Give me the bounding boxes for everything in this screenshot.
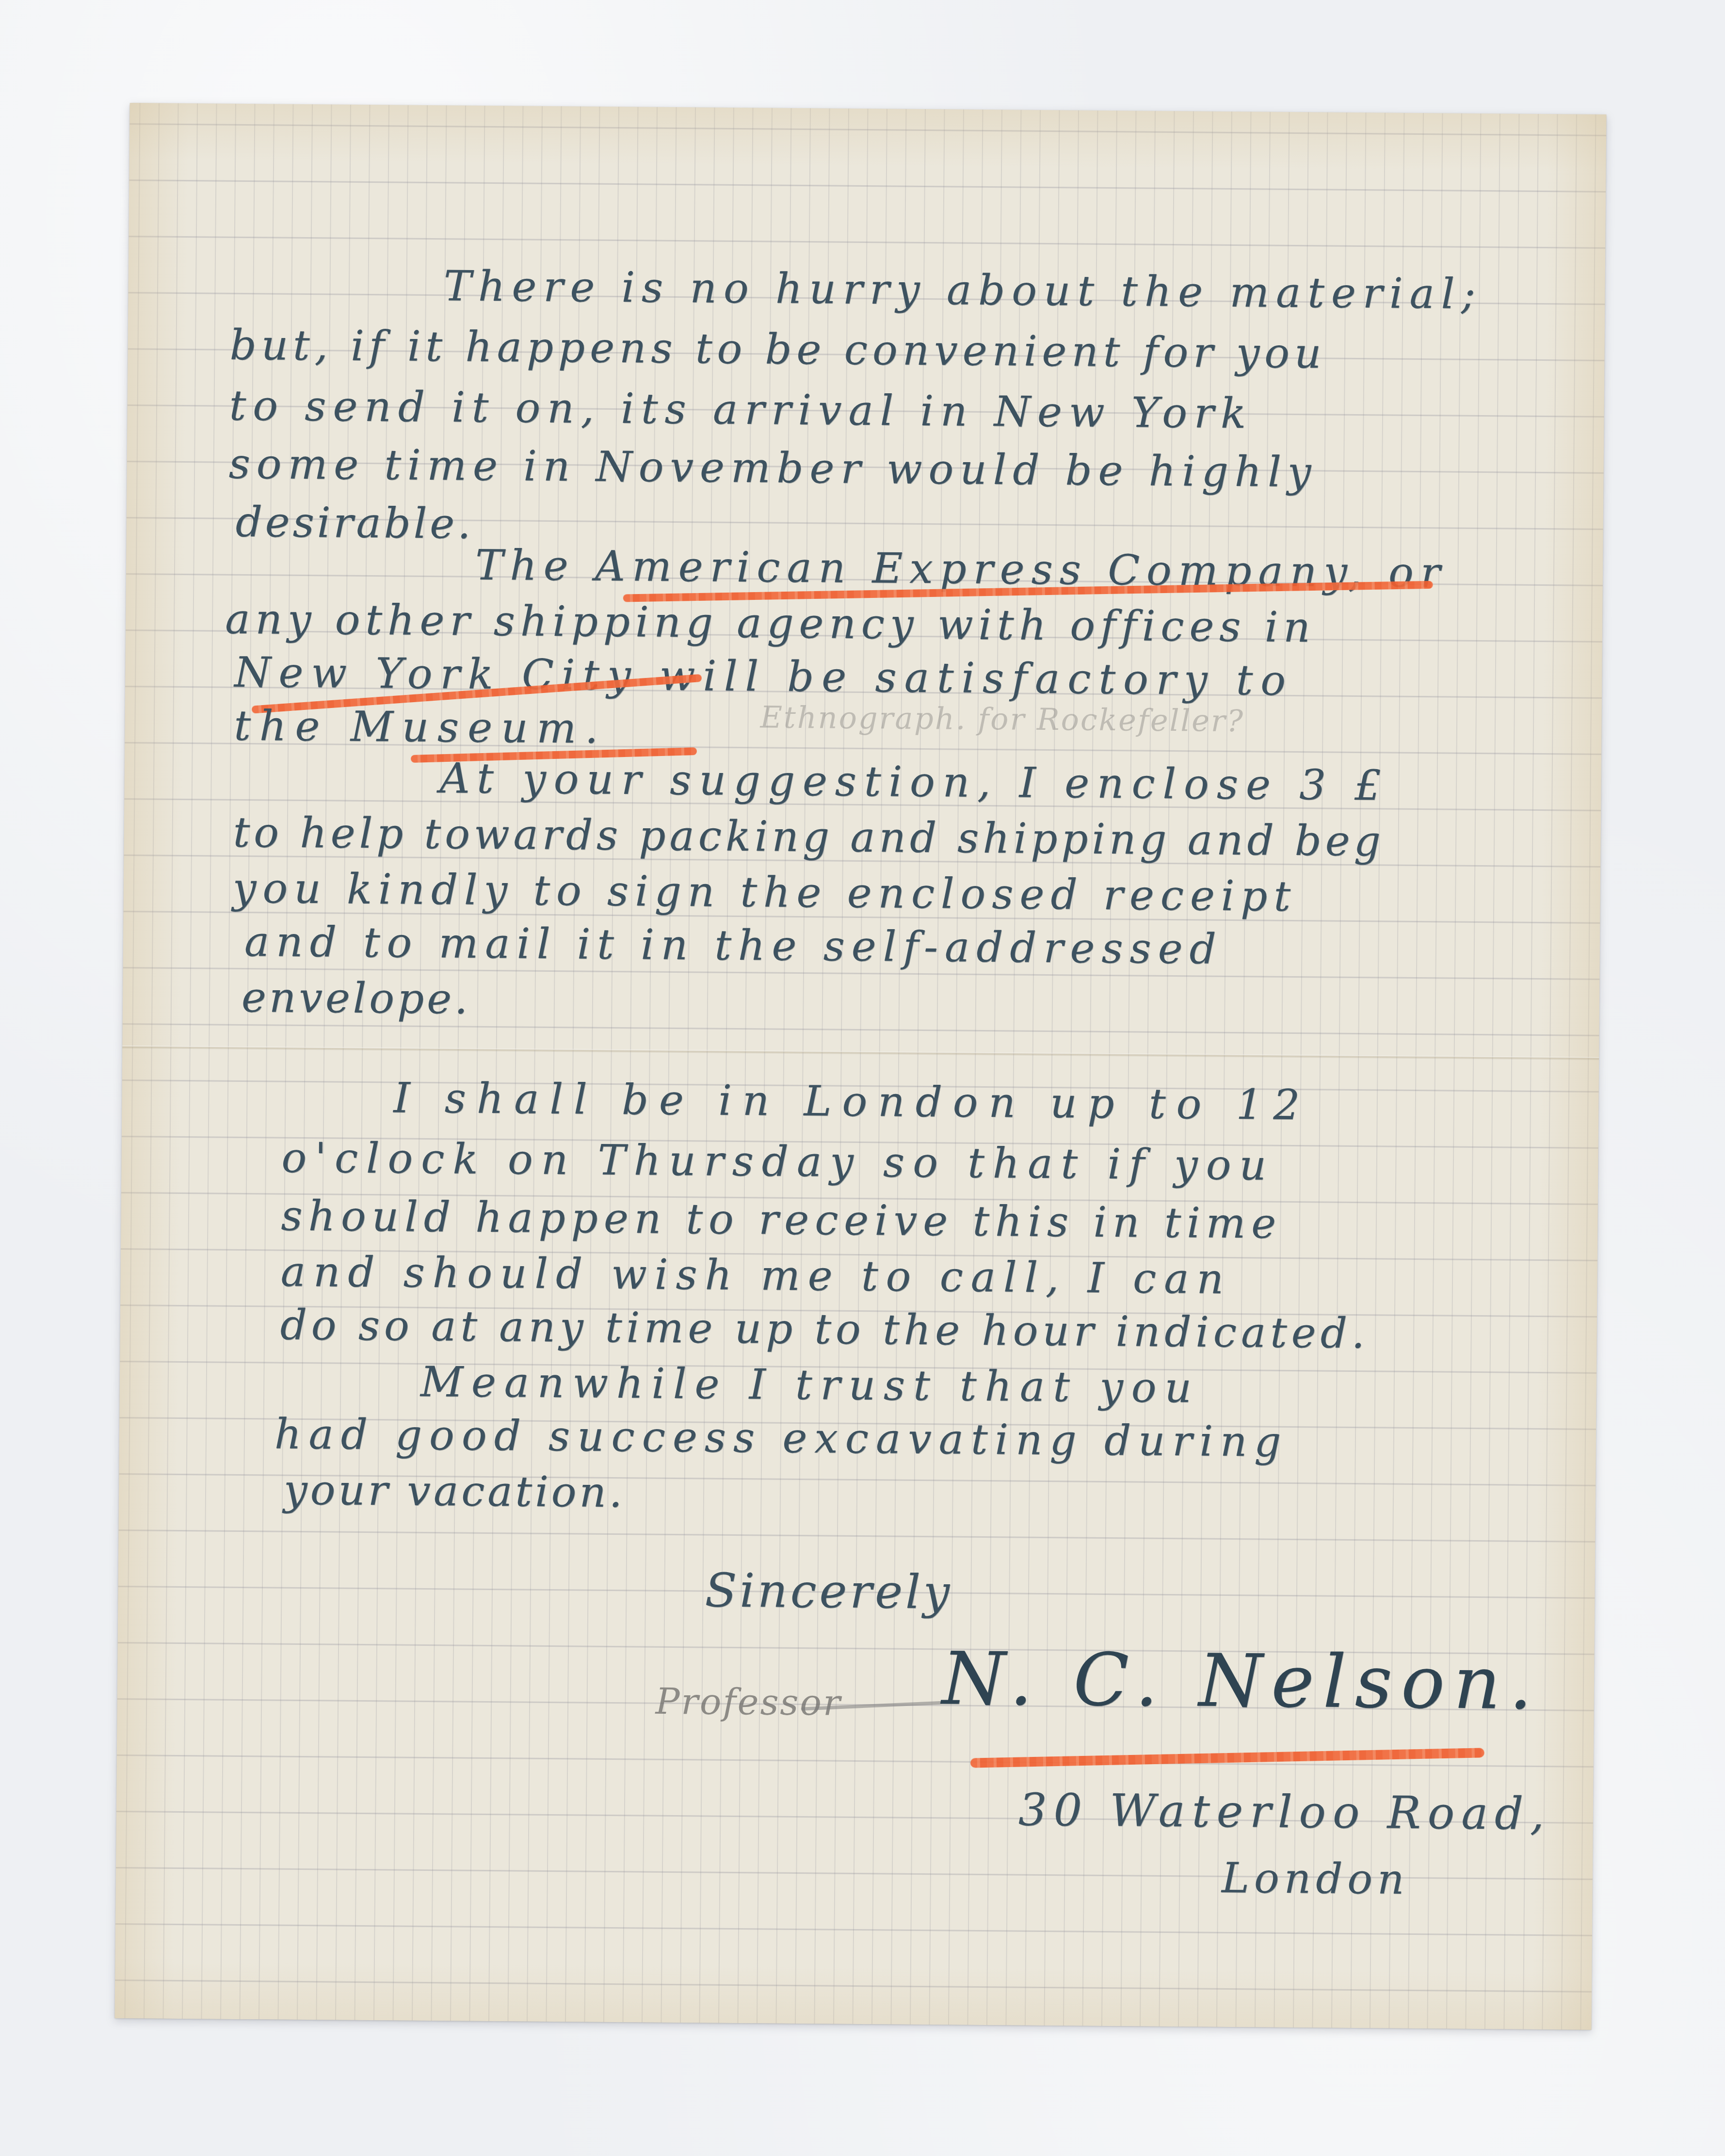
letter-line: and to mail it in the self-addressed bbox=[244, 921, 1223, 970]
underline-signature bbox=[970, 1748, 1484, 1768]
letter-line: do so at any time up to the hour indicat… bbox=[280, 1304, 1369, 1355]
address-line-1: 30 Waterloo Road, bbox=[1018, 1788, 1551, 1837]
fold-crease bbox=[122, 1046, 1599, 1060]
letter-line: the Museum. bbox=[234, 705, 607, 750]
letter-line: I shall be in London up to 12 bbox=[393, 1077, 1310, 1126]
letter-line: any other shipping agency with offices i… bbox=[225, 598, 1316, 649]
letter-line: At your suggestion, I enclose 3 £ bbox=[439, 757, 1389, 806]
letter-line: your vacation. bbox=[284, 1469, 626, 1514]
letter-line: and should wish me to call, I can bbox=[280, 1251, 1231, 1300]
letter-line: you kindly to sign the enclosed receipt bbox=[233, 868, 1297, 917]
letter-line: should happen to receive this in time bbox=[281, 1195, 1282, 1245]
letter-line: to help towards packing and shipping and… bbox=[233, 812, 1385, 863]
pencil-annotation: Ethnograph. for Rockefeller? bbox=[760, 699, 1244, 739]
letter-sheet: There is no hurry about the material; bu… bbox=[115, 103, 1607, 2030]
signature: N. C. Nelson. bbox=[941, 1637, 1541, 1726]
letter-line: some time in November would be highly bbox=[228, 443, 1317, 494]
address-line-2: London bbox=[1222, 1857, 1409, 1900]
letter-line: but, if it happens to be convenient for … bbox=[229, 324, 1326, 375]
letter-line: o'clock on Thursday so that if you bbox=[281, 1137, 1274, 1187]
letter-line: New York City will be satisfactory to bbox=[234, 652, 1293, 702]
pencil-title-professor: Professor bbox=[655, 1681, 841, 1724]
letter-line: envelope. bbox=[242, 977, 471, 1020]
letter-line: desirable. bbox=[235, 501, 473, 545]
valediction: Sincerely bbox=[705, 1567, 952, 1616]
letter-line: Meanwhile I trust that you bbox=[420, 1361, 1200, 1409]
letter-line: to send it on, its arrival in New York bbox=[229, 385, 1253, 435]
letter-line: had good success excavating during bbox=[274, 1414, 1289, 1463]
letter-line: There is no hurry about the material; bbox=[443, 265, 1482, 315]
